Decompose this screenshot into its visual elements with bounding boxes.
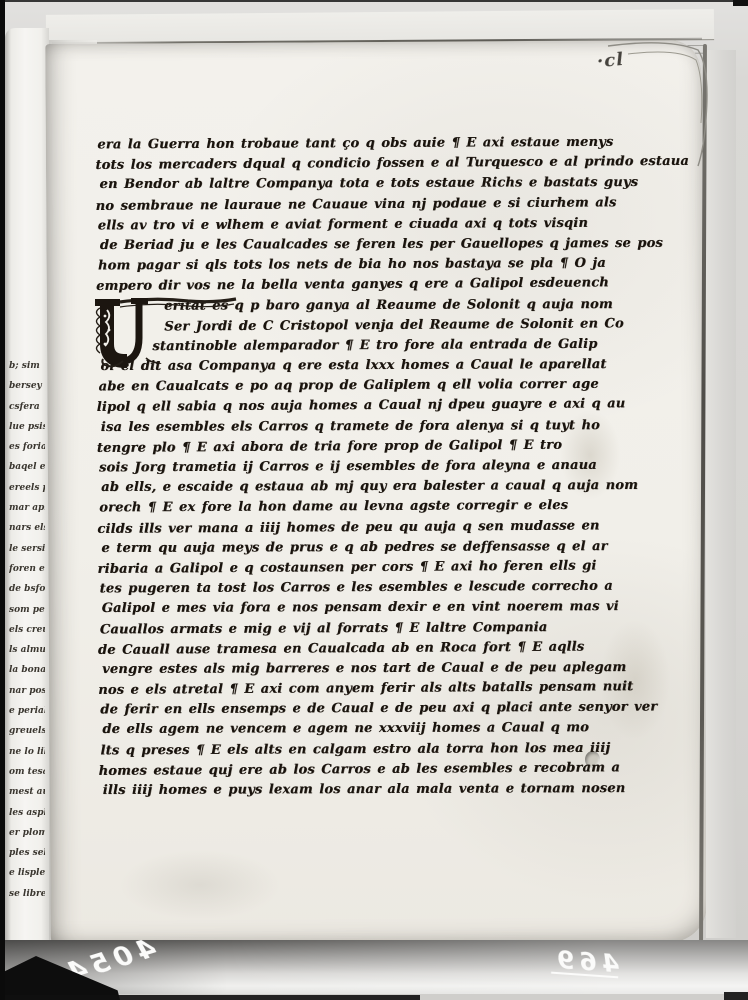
marginal-fragment: les aspla [9, 803, 45, 823]
manuscript-line: e term qu auja meys de prus e q ab pedre… [101, 537, 653, 559]
marginal-fragment: er plome [9, 823, 45, 843]
marginal-fragment: mest aue [9, 782, 45, 802]
manuscript-line: sois Jorg trametia ij Carros e ij esembl… [99, 456, 651, 479]
facing-page-text-fragments: b; simberseycsferalue psises forialbaqel… [9, 356, 45, 908]
marginal-fragment: ne lo lib [9, 742, 45, 762]
manuscript-line: nos e els atretal ¶ E axi com anyem feri… [98, 677, 650, 701]
photo-frame-left [0, 0, 5, 1000]
manuscript-line: ells av tro vi e wlhem e aviat forment e… [98, 213, 650, 236]
text-block: era la Guerra hon trobaue tant ço q obs … [97, 133, 652, 802]
manuscript-line: tengre plo ¶ E axi abora de tria fore pr… [97, 435, 649, 459]
marginal-fragment: la bonar [9, 660, 45, 680]
manuscript-line: en Bendor ab laltre Companya tota e tots… [99, 173, 651, 195]
marginal-fragment: ples selo [9, 843, 45, 863]
marginal-fragment: foren el [9, 559, 45, 579]
marginal-fragment: greuels [9, 721, 45, 741]
marginal-fragment: es forial [9, 437, 45, 457]
manuscript-line: ribaria a Galipol e q costaunsen per cor… [97, 556, 649, 580]
manuscript-line: lipol q ell sabia q nos auja homes a Cau… [97, 395, 649, 419]
marginal-fragment: e lisplen [9, 863, 45, 883]
marginal-fragment: els creue [9, 620, 45, 640]
folio-number: ·cl [596, 49, 625, 72]
marginal-fragment: b; sim [9, 356, 45, 376]
photo-frame-notch-top-right [733, 0, 748, 6]
marginal-fragment: bersey [9, 376, 45, 396]
marginal-fragment: e perial [9, 701, 45, 721]
marginal-fragment: baqel est [9, 457, 45, 477]
marginal-fragment: som perd [9, 600, 45, 620]
marginal-fragment: de bsfoc [9, 579, 45, 599]
manuscript-line: ab ells, e escaide q estaua ab mj quy er… [101, 476, 653, 498]
photo-frame-top [0, 0, 748, 2]
manuscript-line: cilds ills ver mana a iiij homes de peu … [97, 516, 649, 540]
marginal-fragment: ls almun [9, 640, 45, 660]
drop-cap-initial [92, 294, 242, 374]
manuscript-line: ills iiij homes e puys lexam los anar al… [103, 779, 655, 801]
manuscript-line: orech ¶ E ex fore la hon dame au levna a… [99, 496, 651, 519]
marginal-fragment: le sersial [9, 539, 45, 559]
photo-frame-notch-bottom-right [724, 992, 748, 1000]
manuscript-line: de Cauall ause tramesa en Caualcada ab e… [98, 637, 650, 661]
manuscript-line: no sembraue ne lauraue ne Cauaue vina nj… [96, 193, 648, 217]
plate-number-mirrored-right: 469 [551, 945, 620, 979]
manuscript-line: de ells agem ne vencem e agem ne xxxviij… [102, 718, 654, 740]
marginal-fragment: lue psis [9, 417, 45, 437]
manuscript-line: isa les esembles els Carros q tramete de… [101, 416, 653, 438]
manuscript-line: Galipol e mes via fora e nos pensam dexi… [102, 597, 654, 619]
marginal-fragment: ereels pl [9, 478, 45, 498]
photo-frame-bottom [0, 995, 420, 1000]
marginal-fragment: csfera [9, 397, 45, 417]
marginal-fragment: mar aple [9, 498, 45, 518]
marginal-fragment: se libre [9, 884, 45, 904]
marginal-fragment: om tesal [9, 762, 45, 782]
fore-edge-leaves [706, 50, 736, 938]
marginal-fragment: nar posse [9, 681, 45, 701]
manuscript-photo: b; simberseycsferalue psises forialbaqel… [0, 0, 748, 1000]
manuscript-line: de Beriad ju e les Caualcades se feren l… [100, 234, 652, 256]
marginal-fragment: nars els [9, 518, 45, 538]
